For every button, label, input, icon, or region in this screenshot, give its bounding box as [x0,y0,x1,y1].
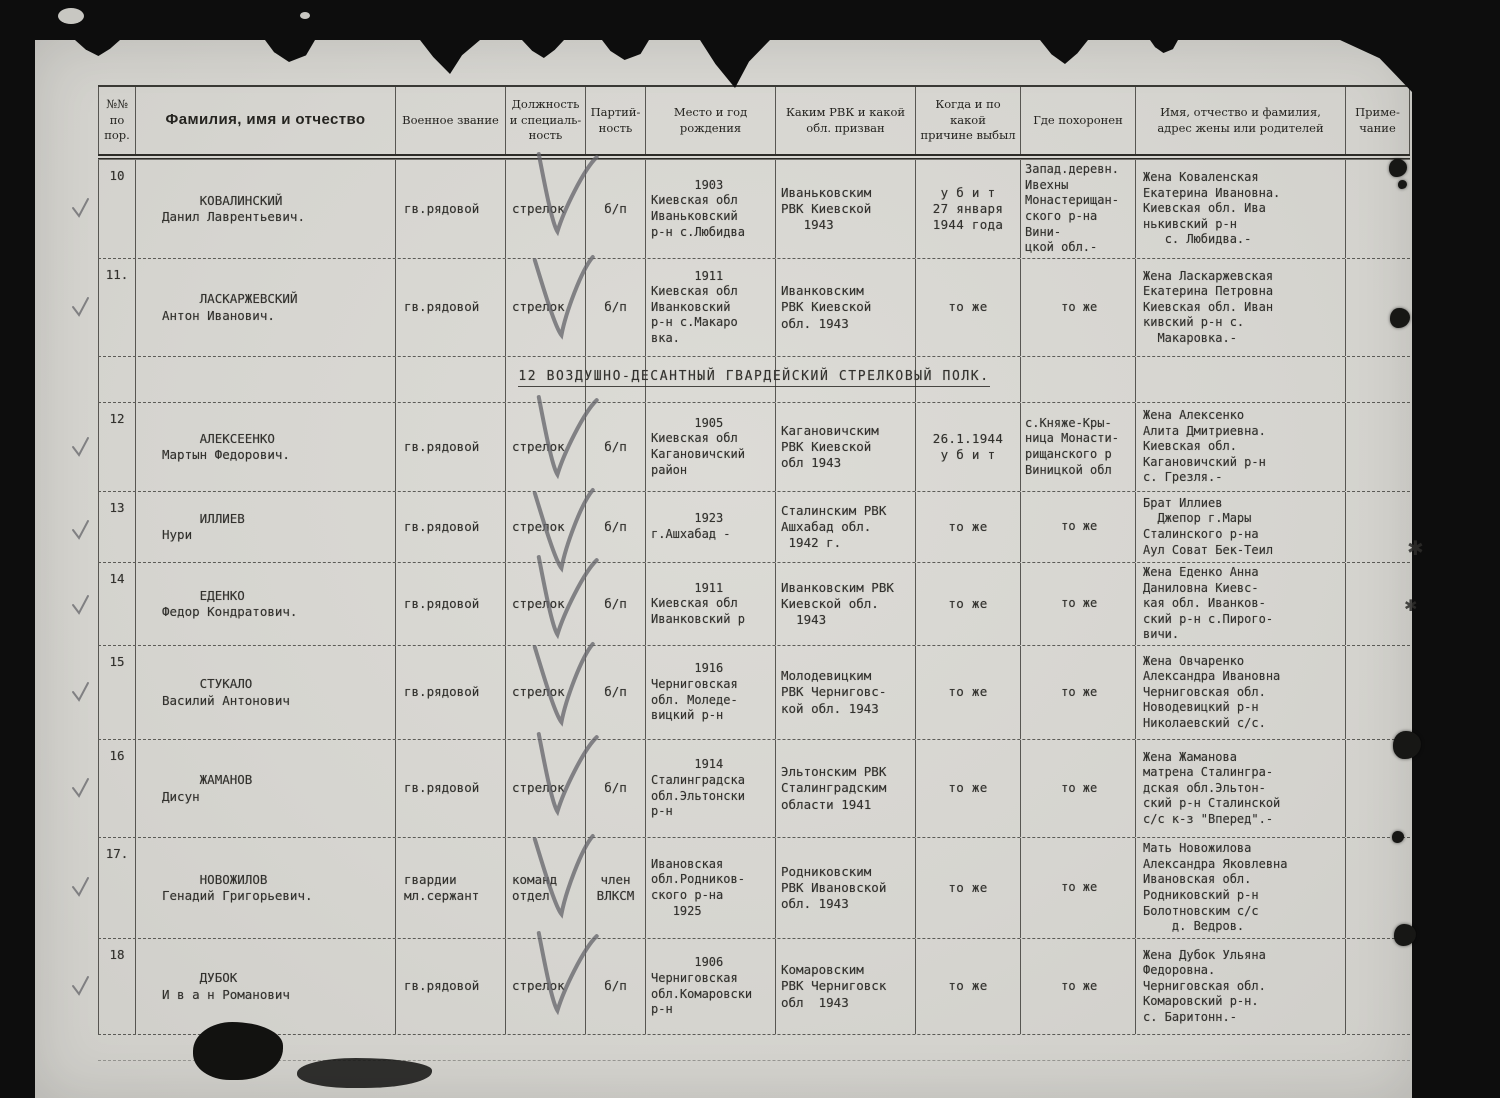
family-cell: Жена Коваленская Екатерина Ивановна. Кие… [1135,160,1345,258]
note-cell [1345,838,1410,938]
casualty-table: №№ по пор. Фамилия, имя и отчество Военн… [98,85,1410,1035]
table-row: 14 ЕДЕНКО Федор Кондратович. гв.рядовой … [98,563,1410,646]
column-header-note: Приме- чание [1345,87,1410,154]
torn-edge [75,40,120,56]
family-cell: Жена Дубок Ульяна Федоровна. Черниговска… [1135,939,1345,1034]
family-cell: Брат Иллиев Джепор г.Мары Сталинского р-… [1135,492,1345,562]
rvk-cell: Эльтонским РВК Сталинградским области 19… [775,740,915,837]
row-number: 12 [102,411,132,427]
paper-sheet: №№ по пор. Фамилия, имя и отчество Военн… [35,40,1412,1098]
burial-cell: то же [1020,646,1135,739]
casualty-cell: то же [915,740,1020,837]
row-number: 17. [102,846,132,862]
party-cell: б/п [585,492,645,562]
burial-cell: то же [1020,740,1135,837]
rank-cell: гв.рядовой [395,563,505,645]
birthplace-cell: 1906 Черниговская обл.Комаровски р-н [645,939,775,1034]
table-body-bottom: 12 АЛЕКСЕЕНКО Мартын Федорович. гв.рядов… [98,403,1410,1035]
rvk-cell: Молодевицким РВК Черниговс- кой обл. 194… [775,646,915,739]
torn-edge [297,1058,432,1088]
table-row: 13 ИЛЛИЕВ Нури гв.рядовой стрелок б/п 19… [98,492,1410,563]
rvk-cell: Иванковским РВК Киевской обл. 1943 [775,563,915,645]
torn-edge [700,40,770,88]
row-number: 10 [102,168,132,184]
duty-cell: стрелок [505,740,585,837]
table-row: 18 ДУБОК И в а н Романович гв.рядовой ст… [98,939,1410,1035]
birthplace-cell: 1916 Черниговская обл. Моледе- вицкий р-… [645,646,775,739]
rank-cell: гв.рядовой [395,403,505,491]
column-header-birthplace: Место и год рождения [645,87,775,154]
torn-edge [265,40,315,62]
rvk-cell: Иваньковским РВК Киевской 1943 [775,160,915,258]
name-cell: СТУКАЛО Василий Антонович [135,646,395,739]
rvk-cell: Родниковским РВК Ивановской обл. 1943 [775,838,915,938]
name-cell: ЛАСКАРЖЕВСКИЙ Антон Иванович. [135,259,395,356]
paper-speck [58,8,84,24]
rvk-cell: Сталинским РВК Ашхабад обл. 1942 г. [775,492,915,562]
row-number-cell: 12 [98,403,135,491]
column-header-casualty: Когда и по какой причине выбыл [915,87,1020,154]
table-row: 12 АЛЕКСЕЕНКО Мартын Федорович. гв.рядов… [98,403,1410,492]
table-header-row: №№ по пор. Фамилия, имя и отчество Военн… [98,85,1410,154]
duty-cell: команд отдел [505,838,585,938]
family-cell: Мать Новожилова Александра Яковлевна Ива… [1135,838,1345,938]
torn-edge [193,1022,283,1080]
row-number-cell: 10 [98,160,135,258]
duty-cell: стрелок [505,563,585,645]
row-number: 15 [102,654,132,670]
punch-hole [1394,924,1416,946]
torn-edge [1040,40,1088,64]
rvk-cell: Иванковским РВК Киевской обл. 1943 [775,259,915,356]
family-cell: Жена Алексенко Алита Дмитриевна. Киевска… [1135,403,1345,491]
rank-cell: гв.рядовой [395,259,505,356]
row-number-cell: 13 [98,492,135,562]
rank-cell: гв.рядовой [395,939,505,1034]
table-row: 11. ЛАСКАРЖЕВСКИЙ Антон Иванович. гв.ряд… [98,259,1410,357]
birthplace-cell: Ивановская обл.Родников- ского р-на 1925 [645,838,775,938]
torn-edge [1150,40,1178,53]
name-cell: ДУБОК И в а н Романович [135,939,395,1034]
table-row: 16 ЖАМАНОВ Дисун гв.рядовой стрелок б/п … [98,740,1410,838]
row-number: 14 [102,571,132,587]
row-number-cell: 18 [98,939,135,1034]
burial-cell: то же [1020,492,1135,562]
burial-cell: Запад.деревн. Ивехны Монастерищан- ского… [1020,160,1135,258]
section-title: 12 ВОЗДУШНО-ДЕСАНТНЫЙ ГВАРДЕЙСКИЙ СТРЕЛК… [98,369,1410,384]
torn-edge [602,40,649,60]
burial-cell: то же [1020,838,1135,938]
casualty-cell: то же [915,259,1020,356]
column-header-name: Фамилия, имя и отчество [135,87,395,154]
burial-cell: то же [1020,939,1135,1034]
duty-cell: стрелок [505,939,585,1034]
birthplace-cell: 1911 Киевская обл Иванковский р [645,563,775,645]
family-cell: Жена Жаманова матрена Сталингра- дская о… [1135,740,1345,837]
torn-edge [522,40,564,58]
rank-cell: гв.рядовой [395,492,505,562]
row-number-cell: 14 [98,563,135,645]
column-header-rank: Военное звание [395,87,505,154]
duty-cell: стрелок [505,160,585,258]
table-row: 17. НОВОЖИЛОВ Генадий Григорьевич. гвард… [98,838,1410,939]
bottom-ruled-line [98,1060,1410,1061]
name-cell: ЕДЕНКО Федор Кондратович. [135,563,395,645]
name-cell: КОВАЛИНСКИЙ Данил Лаврентьевич. [135,160,395,258]
column-header-rvk: Каким РВК и какой обл. призван [775,87,915,154]
note-cell [1345,646,1410,739]
row-number: 13 [102,500,132,516]
party-cell: б/п [585,740,645,837]
note-cell [1345,492,1410,562]
burial-cell: то же [1020,259,1135,356]
rank-cell: гв.рядовой [395,160,505,258]
birthplace-cell: 1911 Киевская обл Иванковский р-н с.Мака… [645,259,775,356]
ink-star-mark: ✱ [1407,536,1424,560]
rank-cell: гвардии мл.сержант [395,838,505,938]
party-cell: б/п [585,939,645,1034]
row-number-cell: 15 [98,646,135,739]
row-number: 18 [102,947,132,963]
name-cell: НОВОЖИЛОВ Генадий Григорьевич. [135,838,395,938]
duty-cell: стрелок [505,403,585,491]
casualty-cell: у б и т 27 января 1944 года [915,160,1020,258]
casualty-cell: то же [915,838,1020,938]
row-number: 11. [102,267,132,283]
party-cell: б/п [585,259,645,356]
table-row: 10 КОВАЛИНСКИЙ Данил Лаврентьевич. гв.ря… [98,160,1410,259]
table-row: 15 СТУКАЛО Василий Антонович гв.рядовой … [98,646,1410,740]
birthplace-cell: 1923 г.Ашхабад - [645,492,775,562]
duty-cell: стрелок [505,646,585,739]
party-cell: член ВЛКСМ [585,838,645,938]
note-cell [1345,939,1410,1034]
note-cell [1345,563,1410,645]
row-number: 16 [102,748,132,764]
casualty-cell: то же [915,492,1020,562]
row-number-cell: 11. [98,259,135,356]
party-cell: б/п [585,646,645,739]
casualty-cell: 26.1.1944 у б и т [915,403,1020,491]
column-header-burial: Где похоронен [1020,87,1135,154]
scanned-document-page: №№ по пор. Фамилия, имя и отчество Военн… [0,0,1500,1098]
rvk-cell: Кагановичским РВК Киевской обл 1943 [775,403,915,491]
row-number-cell: 17. [98,838,135,938]
family-cell: Жена Еденко Анна Даниловна Киевс- кая об… [1135,563,1345,645]
party-cell: б/п [585,563,645,645]
name-cell: ИЛЛИЕВ Нури [135,492,395,562]
column-header-party: Партий- ность [585,87,645,154]
burial-cell: с.Княже-Кры- ница Монасти- рищанского р … [1020,403,1135,491]
regiment-section-row: 12 ВОЗДУШНО-ДЕСАНТНЫЙ ГВАРДЕЙСКИЙ СТРЕЛК… [98,357,1410,403]
rvk-cell: Комаровским РВК Черниговск обл 1943 [775,939,915,1034]
party-cell: б/п [585,403,645,491]
column-header-number: №№ по пор. [98,87,135,154]
birthplace-cell: 1914 Сталинградска обл.Эльтонски р-н [645,740,775,837]
column-header-family: Имя, отчество и фамилия, адрес жены или … [1135,87,1345,154]
note-cell [1345,403,1410,491]
ink-star-mark: ✱ [1404,596,1417,615]
name-cell: АЛЕКСЕЕНКО Мартын Федорович. [135,403,395,491]
party-cell: б/п [585,160,645,258]
birthplace-cell: 1905 Киевская обл Кагановичский район [645,403,775,491]
torn-edge [420,40,480,74]
name-cell: ЖАМАНОВ Дисун [135,740,395,837]
burial-cell: то же [1020,563,1135,645]
punch-hole [1393,731,1421,759]
row-number-cell: 16 [98,740,135,837]
casualty-cell: то же [915,563,1020,645]
family-cell: Жена Ласкаржевская Екатерина Петровна Ки… [1135,259,1345,356]
casualty-cell: то же [915,646,1020,739]
rank-cell: гв.рядовой [395,646,505,739]
table-body-top: 10 КОВАЛИНСКИЙ Данил Лаврентьевич. гв.ря… [98,160,1410,357]
rank-cell: гв.рядовой [395,740,505,837]
family-cell: Жена Овчаренко Александра Ивановна Черни… [1135,646,1345,739]
casualty-cell: то же [915,939,1020,1034]
duty-cell: стрелок [505,492,585,562]
birthplace-cell: 1903 Киевская обл Иваньковский р-н с.Люб… [645,160,775,258]
column-header-duty: Должность и специаль- ность [505,87,585,154]
duty-cell: стрелок [505,259,585,356]
paper-speck [300,12,310,19]
